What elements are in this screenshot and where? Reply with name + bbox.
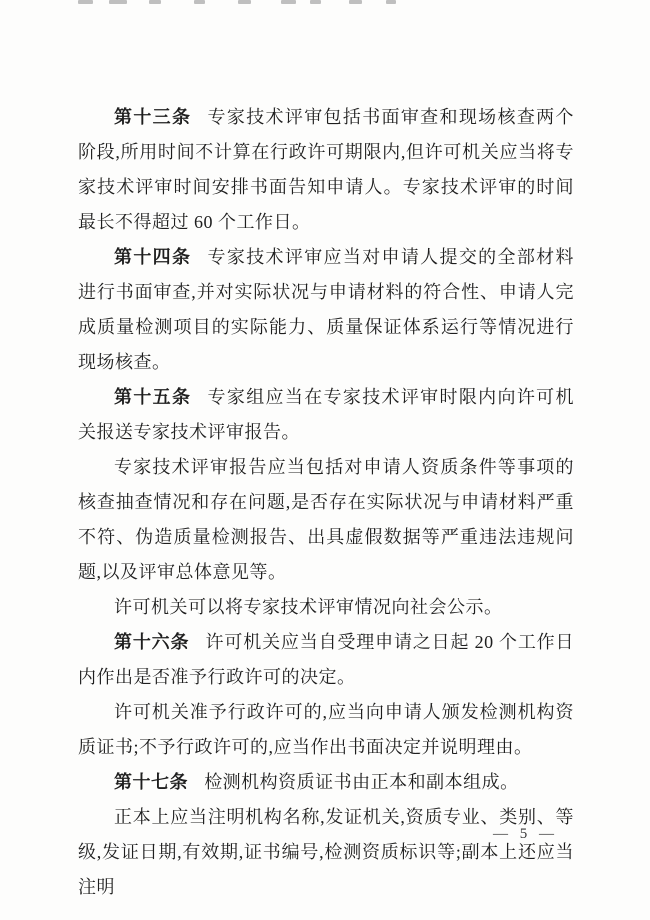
law-paragraph: 第十三条专家技术评审包括书面审查和现场核查两个阶段,所用时间不计算在行政许可期限… xyxy=(78,100,574,240)
article-number: 第十五条 xyxy=(114,387,191,407)
law-paragraph: 许可机关可以将专家技术评审情况向社会公示。 xyxy=(78,590,574,625)
law-paragraph: 正本上应当注明机构名称,发证机关,资质专业、类别、等级,发证日期,有效期,证书编… xyxy=(78,800,574,905)
article-number: 第十三条 xyxy=(114,107,191,127)
paragraph-text: 专家技术评审报告应当包括对申请人资质条件等事项的核查抽查情况和存在问题,是否存在… xyxy=(78,457,574,582)
law-paragraph: 第十七条检测机构资质证书由正本和副本组成。 xyxy=(78,765,574,800)
document-body: 第十三条专家技术评审包括书面审查和现场核查两个阶段,所用时间不计算在行政许可期限… xyxy=(78,100,574,905)
article-number: 第十七条 xyxy=(114,772,188,792)
paragraph-text: 检测机构资质证书由正本和副本组成。 xyxy=(204,772,519,792)
cropped-text-artifact xyxy=(0,0,650,6)
page-number: — 5 — xyxy=(493,826,558,843)
paragraph-text: 正本上应当注明机构名称,发证机关,资质专业、类别、等级,发证日期,有效期,证书编… xyxy=(78,807,574,897)
law-paragraph: 专家技术评审报告应当包括对申请人资质条件等事项的核查抽查情况和存在问题,是否存在… xyxy=(78,450,574,590)
law-paragraph: 第十四条专家技术评审应当对申请人提交的全部材料进行书面审查,并对实际状况与申请材… xyxy=(78,240,574,380)
document-page: 第十三条专家技术评审包括书面审查和现场核查两个阶段,所用时间不计算在行政许可期限… xyxy=(0,0,650,920)
page-number-label: — 5 — xyxy=(493,826,558,842)
paragraph-text: 许可机关可以将专家技术评审情况向社会公示。 xyxy=(114,597,503,617)
law-paragraph: 第十五条专家组应当在专家技术评审时限内向许可机关报送专家技术评审报告。 xyxy=(78,380,574,450)
article-number: 第十四条 xyxy=(114,247,191,267)
paragraph-text: 许可机关准予行政许可的,应当向申请人颁发检测机构资质证书;不予行政许可的,应当作… xyxy=(78,702,574,757)
law-paragraph: 许可机关准予行政许可的,应当向申请人颁发检测机构资质证书;不予行政许可的,应当作… xyxy=(78,695,574,765)
article-number: 第十六条 xyxy=(114,632,189,652)
law-paragraph: 第十六条许可机关应当自受理申请之日起 20 个工作日内作出是否准予行政许可的决定… xyxy=(78,625,574,695)
